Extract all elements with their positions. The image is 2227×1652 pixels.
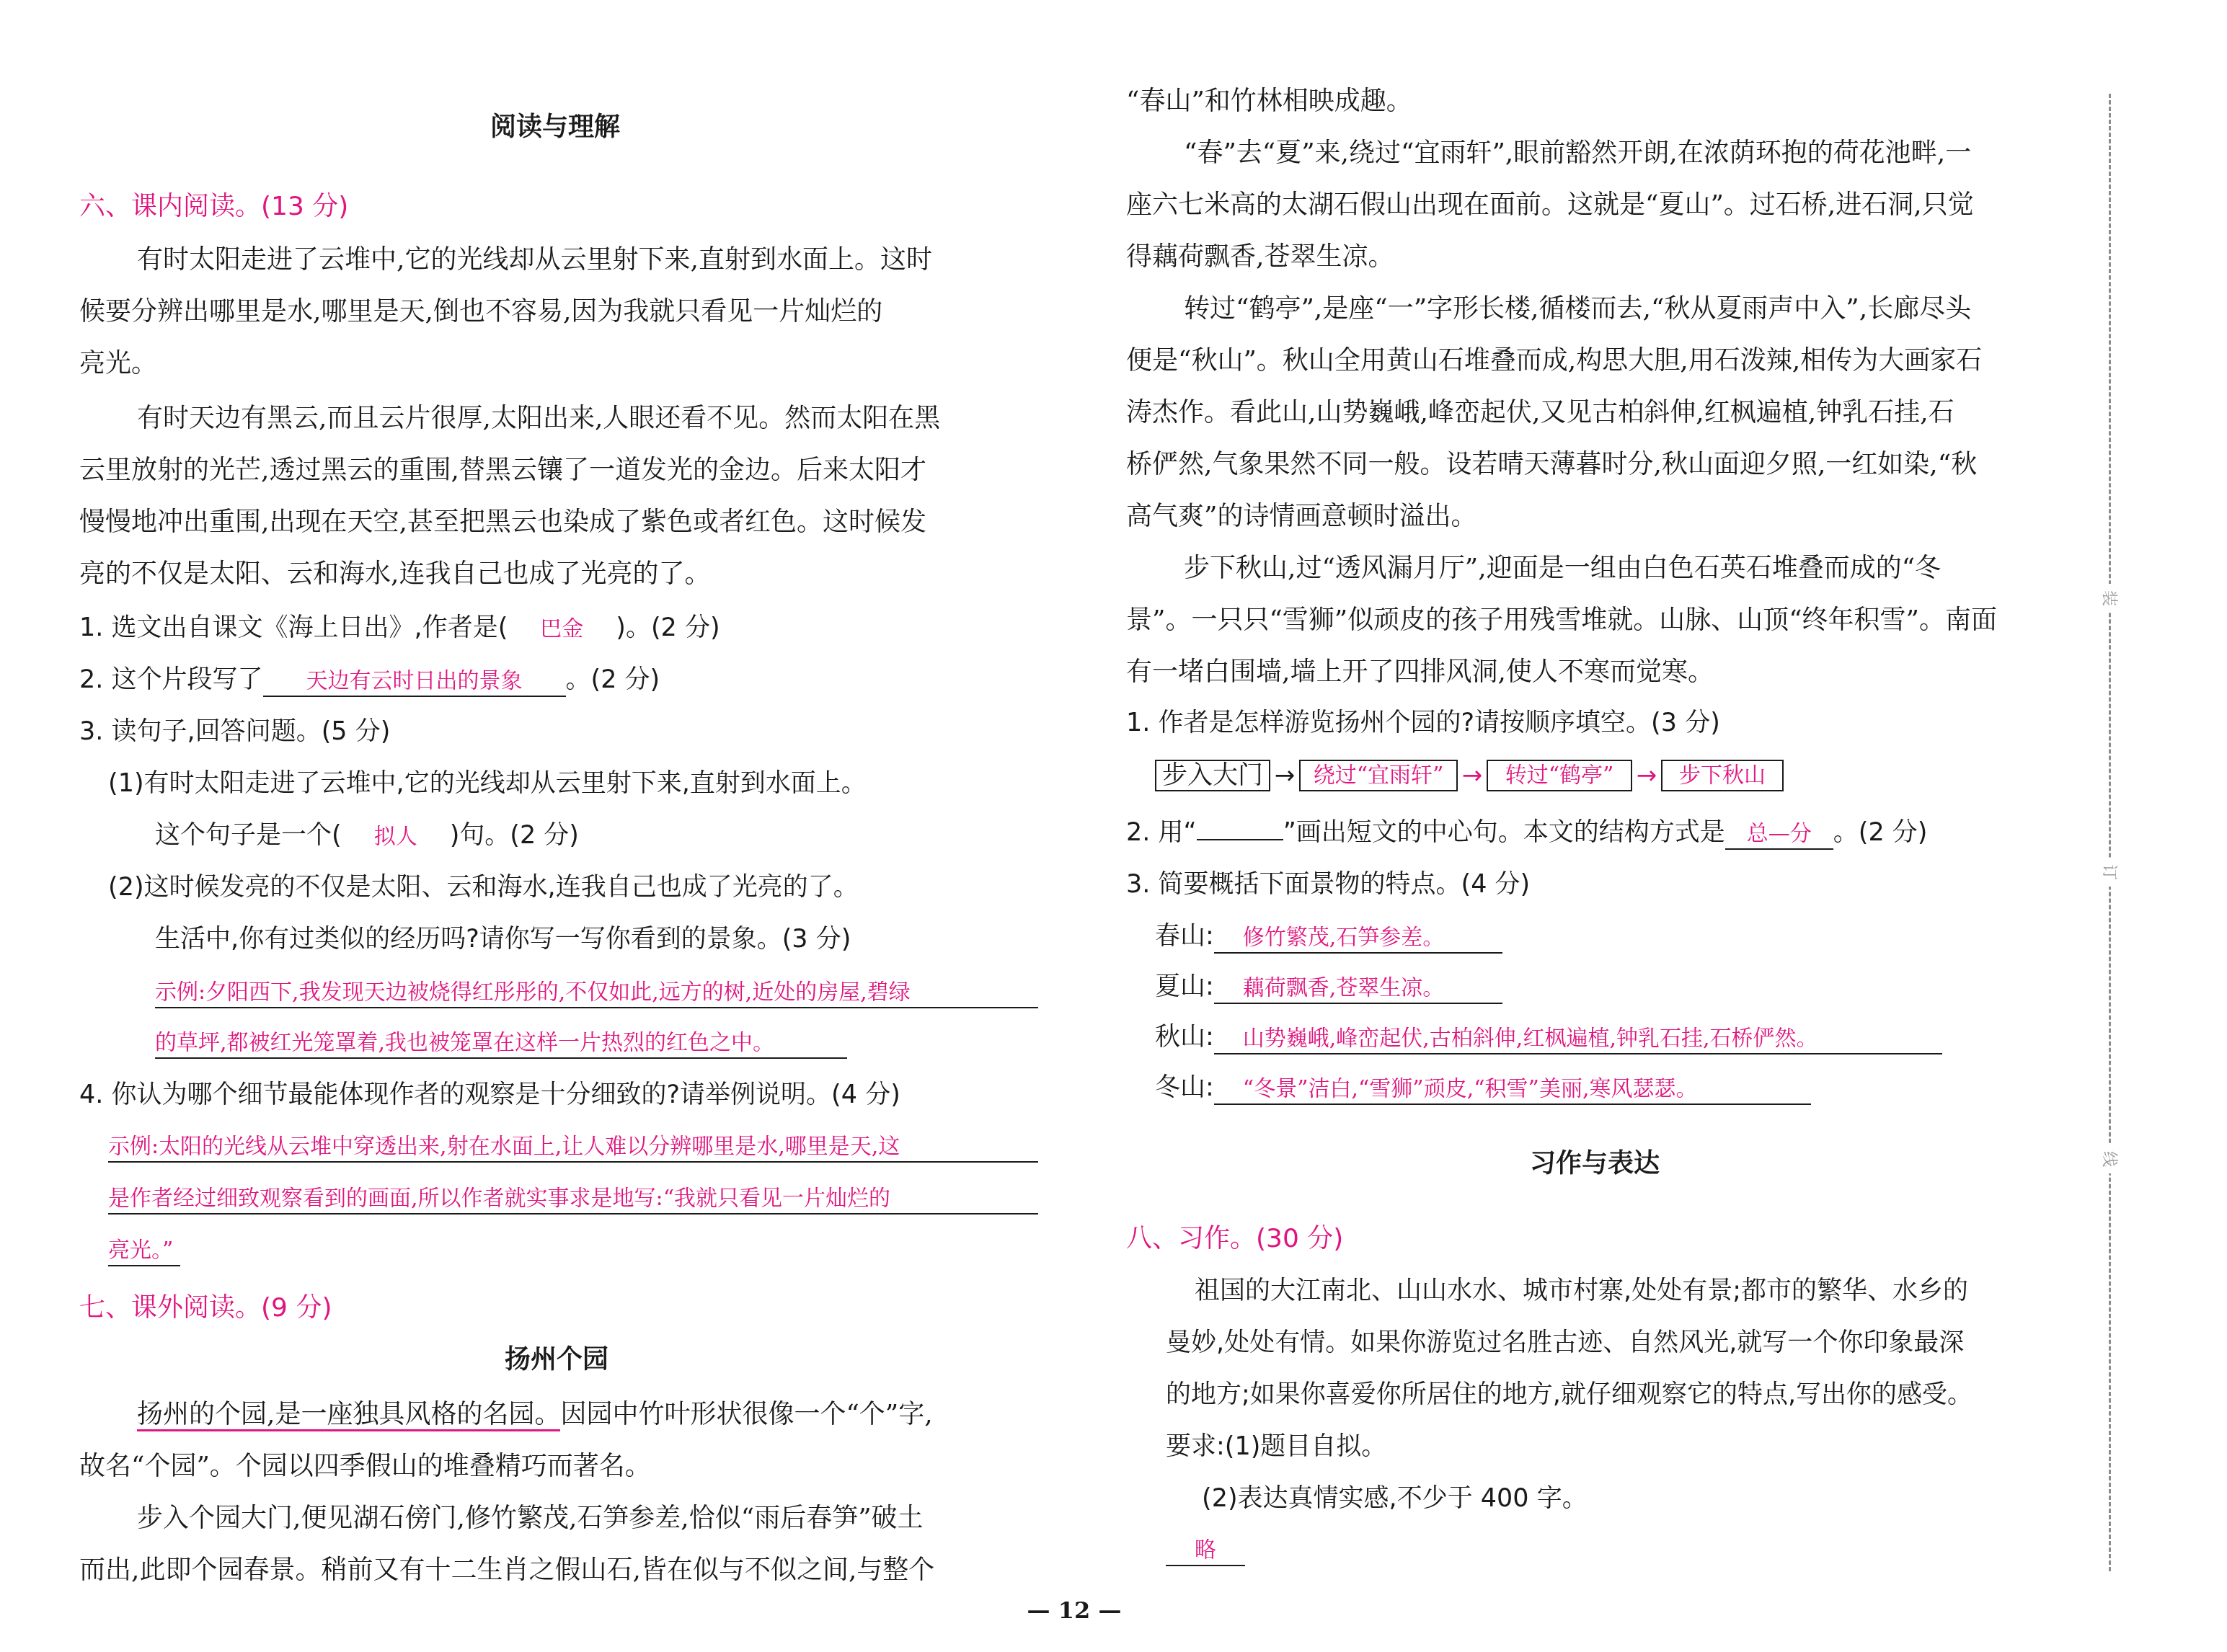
article-line: 便是“秋山”。秋山全用黄山石堆叠而成,构思大胆,用石泼辣,相传为大画家石 [1126,343,1982,379]
binding-dashed-line [2109,94,2111,1571]
answer-author: 巴金 [508,611,616,647]
arrow-icon: → [1632,758,1661,794]
essay-answer: 略 [1166,1531,1245,1567]
feature-answer: “冬景”洁白,“雪狮”顽皮,“积雪”美丽,寒风瑟瑟。 [1214,1075,1811,1105]
answer-scene: 天边有云时日出的景象 [263,667,566,697]
question-3-sub2: (2)这时候发亮的不仅是太阳、云和海水,连我自己也成了光亮的了。 [79,869,859,905]
page-number: — 12 — [1017,1597,1132,1624]
margin-label-bind: 装 [2094,584,2123,613]
route-step-4: 步下秋山 [1661,760,1784,791]
q2-middle: ”画出短文的中心句。本文的结构方式是 [1283,818,1725,847]
passage-line: 云里放射的光芒,透过黑云的重围,替黑云镶了一道发光的金边。后来太阳才 [79,453,926,489]
answer-line: 示例:太阳的光线从云堆中穿透出来,射在水面上,让人难以分辨哪里是水,哪里是天,这 [108,1127,1038,1163]
article-line: 涛杰作。看此山,山势巍峨,峰峦起伏,又见古柏斜伸,红枫遍植,钟乳石挂,石 [1126,395,1954,431]
sub2-answer-line: 的草坪,都被红光笼罩着,我也被笼罩在这样一片热烈的红色之中。 [155,1029,847,1059]
article-line: 高气爽”的诗情画意顿时溢出。 [1126,499,1476,535]
right-question-3-title: 3. 简要概括下面景物的特点。(4 分) [1126,866,1530,902]
section-7-title: 七、课外阅读。(9 分) [79,1290,332,1326]
q4-answer-line: 示例:太阳的光线从云堆中穿透出来,射在水面上,让人难以分辨哪里是水,哪里是天,这 [108,1132,1038,1163]
feature-row-winter: 冬山:“冬景”洁白,“雪狮”顽皮,“积雪”美丽,寒风瑟瑟。 [1155,1070,1811,1106]
article-text: 因园中竹叶形状很像一个“个”字, [560,1400,932,1429]
section-8-title: 八、习作。(30 分) [1126,1221,1343,1257]
route-flow: 步入大门→绕过“宜雨轩”→转过“鹤亭”→步下秋山 [1155,757,1784,797]
article-line: 景”。一只只“雪狮”似顽皮的孩子用残雪堆就。山脉、山顶“终年积雪”。南面 [1126,603,1997,639]
arrow-icon: → [1270,758,1299,794]
article-line: 步下秋山,过“透风漏月厅”,迎面是一组由白色石英石堆叠而成的“冬 [1126,551,1941,587]
article-line: 得藕荷飘香,苍翠生凉。 [1126,239,1394,275]
article-line: 故名“个园”。个园以四季假山的堆叠精巧而著名。 [79,1449,651,1485]
passage-line: 有时太阳走进了云堆中,它的光线却从云里射下来,直射到水面上。这时 [79,242,932,278]
question-2-suffix: 。(2 分) [566,665,660,694]
margin-label-line: 线 [2094,1145,2123,1173]
feature-row-spring: 春山:修竹繁茂,石笋参差。 [1155,918,1502,954]
article-line: “春山”和竹林相映成趣。 [1126,84,1412,120]
article-line: 而出,此即个园春景。稍前又有十二生肖之假山石,皆在似与不似之间,与整个 [79,1553,934,1589]
section-heading-writing: 习作与表达 [1530,1146,1660,1182]
article-line: 桥俨然,气象果然不同一般。设若晴天薄暮时分,秋山面迎夕照,一红如染,“秋 [1126,447,1977,483]
answer-rhetoric: 拟人 [342,819,450,855]
q4-answer-line: 是作者经过细致观察看到的画面,所以作者就实事求是地写:“我就只看见一片灿烂的 [108,1184,1038,1214]
question-3-title: 3. 读句子,回答问题。(5 分) [79,714,390,750]
answer-line: 是作者经过细致观察看到的画面,所以作者就实事求是地写:“我就只看见一片灿烂的 [108,1179,1038,1215]
requirement-1: 要求:(1)题目自拟。 [1166,1429,1386,1465]
question-1-prefix: 1. 选文出自课文《海上日出》,作者是( [79,613,508,642]
question-2: 2. 这个片段写了天边有云时日出的景象。(2 分) [79,662,660,698]
prompt-line: 的地方;如果你喜爱你所居住的地方,就仔细观察它的特点,写出你的感受。 [1166,1377,1973,1413]
route-step-1: 步入大门 [1155,760,1270,791]
passage-line: 亮的不仅是太阳、云和海水,连我自己也成了光亮的了。 [79,556,710,592]
answer-line: 示例:夕阳西下,我发现天边被烧得红彤彤的,不仅如此,远方的树,近处的房屋,碧绿 [155,973,1038,1009]
answer-line: 的草坪,都被红光笼罩着,我也被笼罩在这样一片热烈的红色之中。 [155,1023,847,1060]
question-1-suffix: )。(2 分) [616,613,720,642]
article-title: 扬州个园 [505,1342,608,1378]
margin-label-staple: 订 [2094,858,2123,887]
q2-prefix: 2. 用“ [1126,818,1197,847]
article-line: 扬州的个园,是一座独具风格的名园。因园中竹叶形状很像一个“个”字, [79,1397,933,1433]
underline-mark-blank [1197,839,1283,840]
question-2-prefix: 2. 这个片段写了 [79,665,263,694]
right-question-1-title: 1. 作者是怎样游览扬州个园的?请按顺序填空。(3 分) [1126,705,1720,741]
q2-suffix: 。(2 分) [1833,818,1928,847]
article-line: 有一堵白围墙,墙上开了四排风洞,使人不寒而觉寒。 [1126,654,1714,690]
feature-label: 夏山: [1155,972,1214,1001]
requirement-2: (2)表达真情实感,不少于 400 字。 [1202,1480,1588,1516]
article-line: 转过“鹤亭”,是座“一”字形长楼,循楼而去,“秋从夏雨声中入”,长廊尽头 [1126,291,1971,327]
feature-label: 冬山: [1155,1073,1214,1102]
central-sentence: 扬州的个园,是一座独具风格的名园。 [137,1400,560,1431]
sub1-suffix: )句。(2 分) [450,821,579,850]
right-question-2: 2. 用“”画出短文的中心句。本文的结构方式是总—分。(2 分) [1126,814,1928,851]
feature-label: 春山: [1155,922,1214,951]
question-3-sub2-question: 生活中,你有过类似的经历吗?请你写一写你看到的景象。(3 分) [79,921,851,957]
passage-line: 亮光。 [79,346,157,382]
passage-line: 有时天边有黑云,而且云片很厚,太阳出来,人眼还看不见。然而太阳在黑 [79,401,940,437]
answer-structure: 总—分 [1725,820,1833,850]
article-line: 座六七米高的太湖石假山出现在面前。这就是“夏山”。过石桥,进石洞,只觉 [1126,187,1974,223]
feature-answer: 藕荷飘香,苍翠生凉。 [1214,974,1502,1004]
feature-label: 秋山: [1155,1023,1214,1052]
q4-answer-line: 亮光。” [108,1236,180,1266]
section-heading-reading: 阅读与理解 [490,110,620,146]
answer-line: 亮光。” [108,1231,180,1267]
passage-line: 候要分辨出哪里是水,哪里是天,倒也不容易,因为我就只看见一片灿烂的 [79,294,882,330]
question-4-title: 4. 你认为哪个细节最能体现作者的观察是十分细致的?请举例说明。(4 分) [79,1077,900,1113]
prompt-line: 曼妙,处处有情。如果你游览过名胜古迹、自然风光,就写一个你印象最深 [1166,1325,1964,1361]
section-6-title: 六、课内阅读。(13 分) [79,189,348,225]
route-step-2: 绕过“宜雨轩” [1299,760,1458,791]
route-step-3: 转过“鹤亭” [1487,760,1632,791]
passage-line: 慢慢地冲出重围,出现在天空,甚至把黑云也染成了紫色或者红色。这时候发 [79,505,926,541]
sub1-prefix: 这个句子是一个( [155,821,342,850]
prompt-line: 祖国的大江南北、山山水水、城市村寨,处处有景;都市的繁华、水乡的 [1195,1273,1968,1309]
feature-answer: 修竹繁茂,石笋参差。 [1214,923,1502,954]
feature-row-autumn: 秋山:山势巍峨,峰峦起伏,古柏斜伸,红枫遍植,钟乳石挂,石桥俨然。 [1155,1019,1942,1055]
sub2-answer-line: 示例:夕阳西下,我发现天边被烧得红彤彤的,不仅如此,远方的树,近处的房屋,碧绿 [155,978,1038,1008]
arrow-icon: → [1458,758,1487,794]
essay-answer-text: 略 [1166,1536,1245,1566]
article-line: “春”去“夏”来,绕过“宜雨轩”,眼前豁然开朗,在浓荫环抱的荷花池畔,一 [1126,136,1971,172]
feature-row-summer: 夏山:藕荷飘香,苍翠生凉。 [1155,969,1502,1005]
article-line: 步入个园大门,便见湖石傍门,修竹繁茂,石笋参差,恰似“雨后春笋”破土 [79,1501,924,1537]
feature-answer: 山势巍峨,峰峦起伏,古柏斜伸,红枫遍植,钟乳石挂,石桥俨然。 [1214,1024,1942,1054]
question-3-sub1-question: 这个句子是一个(拟人)句。(2 分) [79,817,579,853]
question-3-sub1: (1)有时太阳走进了云堆中,它的光线却从云里射下来,直射到水面上。 [79,765,867,801]
question-1: 1. 选文出自课文《海上日出》,作者是(巴金)。(2 分) [79,610,720,646]
